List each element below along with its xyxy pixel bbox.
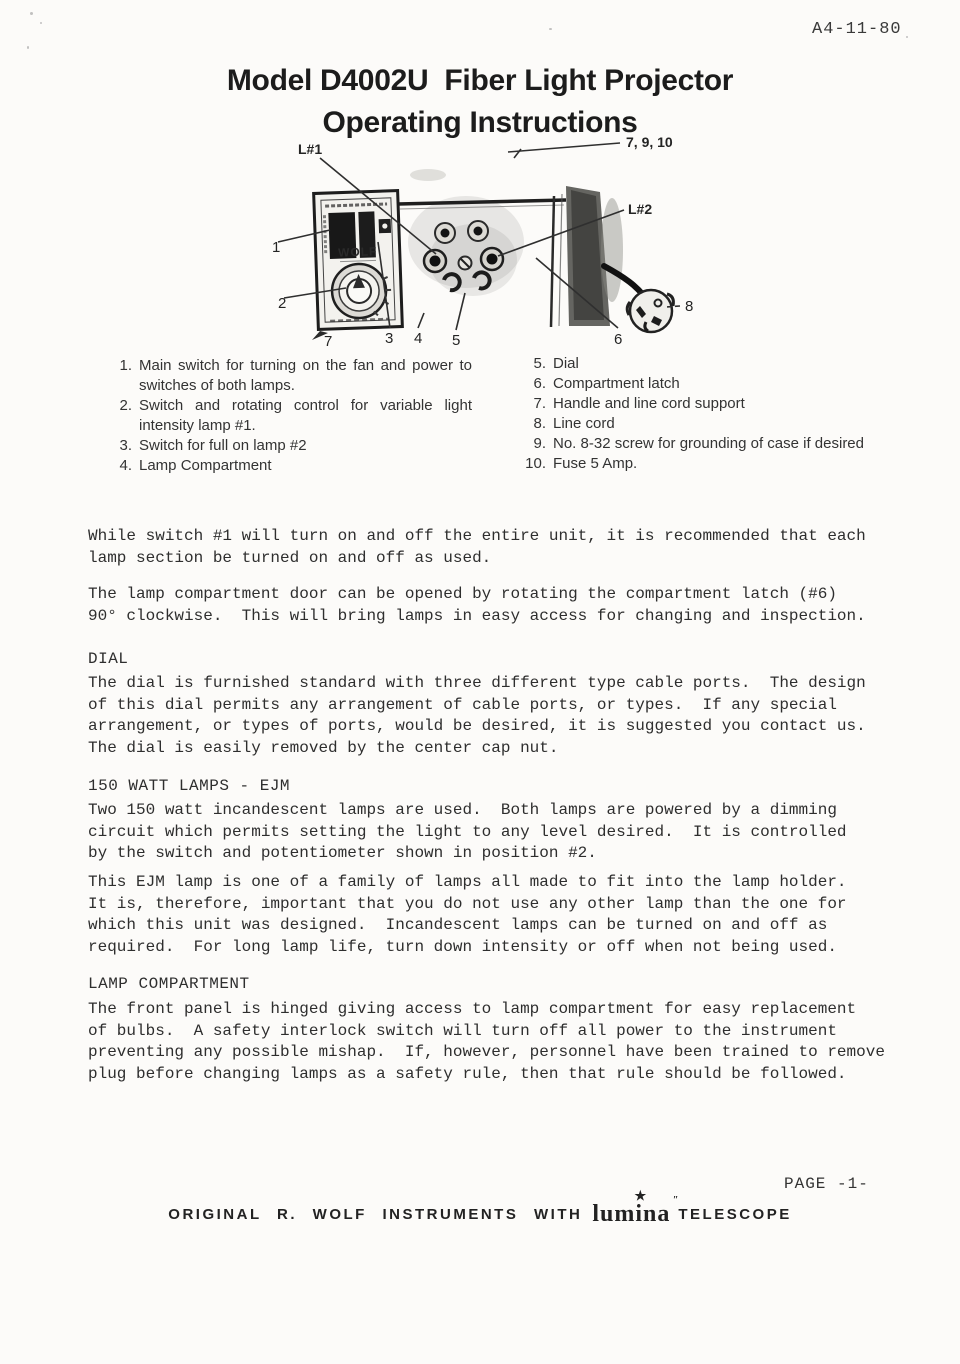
legend-item-number: 1. — [112, 356, 132, 376]
footer-text-prefix: ORIGINAL R. WOLF INSTRUMENTS WITH — [168, 1206, 582, 1223]
dial-paragraph: The dial is furnished standard with thre… — [88, 673, 900, 759]
page-number: PAGE -1- — [784, 1175, 869, 1193]
legend-item-text: Dial — [553, 354, 868, 374]
projector-illustration: WOLF — [268, 130, 710, 362]
legend-item: 5.Dial — [518, 354, 886, 374]
document-page: A4-11-80 Model D4002U Fiber Light Projec… — [0, 0, 960, 1364]
document-reference-number: A4-11-80 — [812, 20, 902, 39]
legend-item: 6.Compartment latch — [518, 374, 886, 394]
section-heading-dial: DIAL — [88, 649, 900, 671]
case-right-side — [551, 186, 673, 332]
legend-item-number: 10. — [518, 454, 546, 474]
callout-label-8: 8 — [685, 298, 693, 315]
legend-item: 8.Line cord — [518, 414, 886, 434]
callout-label-7: 7 — [324, 333, 332, 350]
legend-item-text: Compartment latch — [553, 374, 868, 394]
intro-paragraph-2: The lamp compartment door can be opened … — [88, 584, 900, 627]
legend-item-number: 8. — [518, 414, 546, 434]
legend-item-text: Fuse 5 Amp. — [553, 454, 868, 474]
legend-item-text: No. 8-32 screw for grounding of case if … — [553, 434, 868, 454]
legend-item-number: 5. — [518, 354, 546, 374]
legend-item-number: 2. — [112, 396, 132, 416]
legend-item-number: 9. — [518, 434, 546, 454]
legend-item: 4.Lamp Compartment — [112, 456, 472, 476]
scan-speck — [27, 46, 29, 49]
lamps-paragraph-1: Two 150 watt incandescent lamps are used… — [88, 800, 900, 865]
legend-item-text: Switch for full on lamp #2 — [139, 436, 472, 456]
section-heading-lamp-compartment: LAMP COMPARTMENT — [88, 974, 900, 996]
lumina-wordmark: lumina — [592, 1201, 670, 1227]
callout-label-5: 5 — [452, 332, 460, 349]
halftone-shadow — [410, 169, 446, 181]
figure-legend-left-column: 1.Main switch for turning on the fan and… — [112, 356, 472, 476]
lumina-logo: lumina★″ — [592, 1201, 670, 1228]
legend-item-number: 6. — [518, 374, 546, 394]
leader-4 — [418, 313, 424, 328]
projector-figure: WOLF — [268, 130, 710, 362]
intro-paragraph-1: While switch #1 will turn on and off the… — [88, 526, 900, 569]
legend-item-number: 4. — [112, 456, 132, 476]
scan-speck — [906, 36, 908, 38]
legend-item: 9.No. 8-32 screw for grounding of case i… — [518, 434, 886, 454]
stray-mark — [514, 149, 521, 158]
case-front-edge — [551, 196, 554, 327]
cable-port — [435, 223, 455, 243]
legend-item-text: Lamp Compartment — [139, 456, 472, 476]
footer-text-suffix: TELESCOPE — [678, 1206, 791, 1223]
legend-item-text: Line cord — [553, 414, 868, 434]
lumina-star-icon: ★ — [634, 1188, 646, 1204]
case-front-edge-inner — [559, 194, 562, 326]
callout-label-4: 4 — [414, 330, 422, 347]
footer-brand-line: ORIGINAL R. WOLF INSTRUMENTS WITHlumina★… — [0, 1201, 960, 1228]
callout-label-1: 1 — [272, 239, 280, 256]
figure-legend-right-column: 5.Dial6.Compartment latch7.Handle and li… — [518, 354, 886, 474]
case-top-edge — [398, 200, 566, 204]
document-title-line1: Model D4002U Fiber Light Projector — [0, 64, 960, 98]
callout-label-2: 2 — [278, 295, 286, 312]
legend-item-text: Switch and rotating control for variable… — [139, 396, 472, 436]
section-heading-150-watt-lamps: 150 WATT LAMPS - EJM — [88, 776, 900, 798]
compartment-paragraph: The front panel is hinged giving access … — [88, 999, 900, 1085]
center-cap-nut — [459, 257, 472, 270]
scan-speck — [30, 12, 33, 15]
legend-item: 1.Main switch for turning on the fan and… — [112, 356, 472, 396]
scan-speck — [549, 28, 552, 30]
line-cord-plug — [627, 290, 673, 332]
legend-item-text: Handle and line cord support — [553, 394, 868, 414]
panel-brand-label: WOLF — [338, 244, 378, 259]
callout-label-7-9-10: 7, 9, 10 — [626, 134, 673, 150]
callout-label-l1: L#1 — [298, 141, 322, 157]
leader-5 — [456, 293, 465, 330]
callout-label-6: 6 — [614, 331, 622, 348]
legend-item-number: 3. — [112, 436, 132, 456]
legend-item: 7.Handle and line cord support — [518, 394, 886, 414]
leader-8 — [666, 306, 680, 307]
callout-label-3: 3 — [385, 330, 393, 347]
callout-label-l2: L#2 — [628, 201, 652, 217]
legend-item: 2.Switch and rotating control for variab… — [112, 396, 472, 436]
lumina-trademark-icon: ″ — [673, 1195, 679, 1206]
legend-item: 10.Fuse 5 Amp. — [518, 454, 886, 474]
legend-item: 3.Switch for full on lamp #2 — [112, 436, 472, 456]
legend-item-text: Main switch for turning on the fan and p… — [139, 356, 472, 396]
scan-speck — [40, 22, 42, 24]
cable-port — [481, 248, 503, 270]
lamps-paragraph-2: This EJM lamp is one of a family of lamp… — [88, 872, 900, 958]
front-panel: WOLF — [314, 191, 403, 330]
cable-port — [468, 221, 488, 241]
legend-item-number: 7. — [518, 394, 546, 414]
leader-7-9-10 — [508, 143, 620, 152]
